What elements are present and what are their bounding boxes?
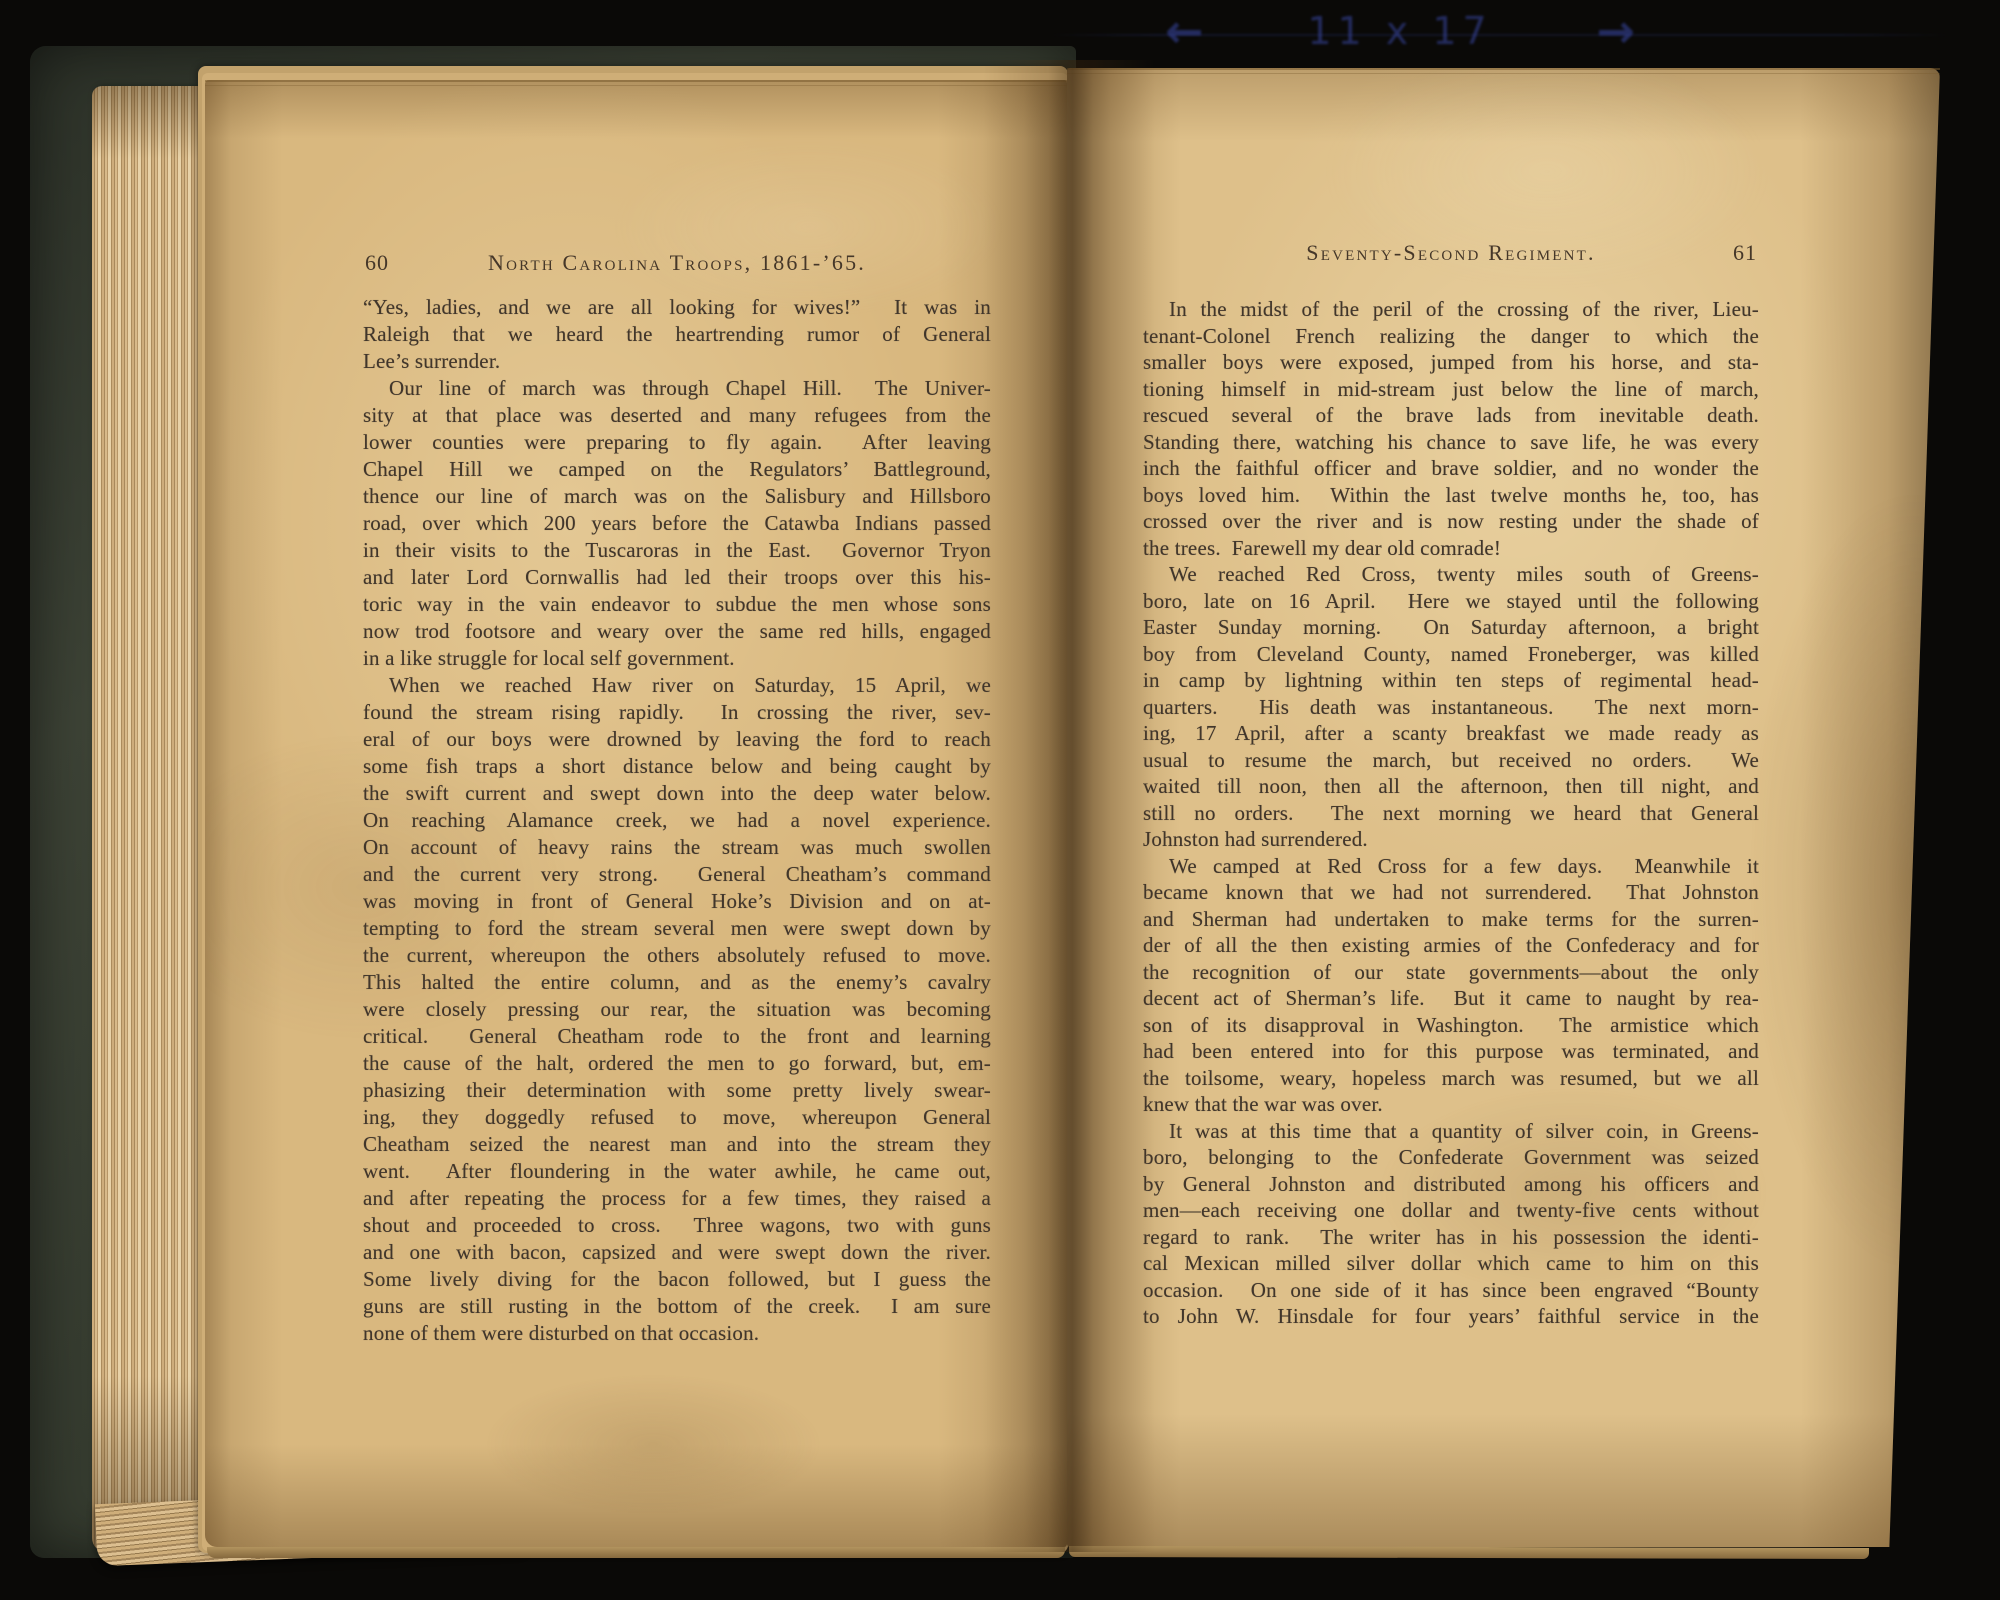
bed-size-label: 11 x 17 <box>1307 9 1492 53</box>
text-line: In the midst of the peril of the crossin… <box>1143 296 1759 323</box>
text-line: became known that we had not surrendered… <box>1143 879 1759 906</box>
text-line: When we reached Haw river on Saturday, 1… <box>363 672 991 699</box>
text-line: tempting to ford the stream several men … <box>363 915 991 942</box>
page-edges-left <box>92 86 208 1552</box>
page-bottom-edge-right <box>1069 1546 1869 1559</box>
text-line: was moving in front of General Hoke’s Di… <box>363 888 991 915</box>
text-line: the cause of the halt, ordered the men t… <box>363 1050 991 1077</box>
text-line: and after repeating the process for a fe… <box>363 1185 991 1212</box>
text-line: inch the faithful officer and brave sold… <box>1143 455 1759 482</box>
right-page-text: Seventy-Second Regiment. 61 In the midst… <box>1143 240 1759 1330</box>
text-line: still no orders. The next morning we hea… <box>1143 800 1759 827</box>
text-line: Johnston had surrendered. <box>1143 826 1759 853</box>
text-line: the recognition of our state governments… <box>1143 959 1759 986</box>
page-top-edge <box>205 80 1067 89</box>
text-line: and the current very strong. General Che… <box>363 861 991 888</box>
text-line: sity at that place was deserted and many… <box>363 402 991 429</box>
text-line: in their visits to the Tuscaroras in the… <box>363 537 991 564</box>
text-line: It was at this time that a quantity of s… <box>1143 1118 1759 1145</box>
text-line: now trod footsore and weary over the sam… <box>363 618 991 645</box>
text-line: eral of our boys were drowned by leaving… <box>363 726 991 753</box>
text-line: Chapel Hill we camped on the Regulators’… <box>363 456 991 483</box>
text-line: “Yes, ladies, and we are all looking for… <box>363 294 991 321</box>
text-line: had been entered into for this purpose w… <box>1143 1038 1759 1065</box>
text-line: and one with bacon, capsized and were sw… <box>363 1239 991 1266</box>
text-line: smaller boys were exposed, jumped from h… <box>1143 349 1759 376</box>
text-line: On reaching Alamance creek, we had a nov… <box>363 807 991 834</box>
text-line: ing, 17 April, after a scanty breakfast … <box>1143 720 1759 747</box>
right-arrow-icon: → <box>1596 4 1635 58</box>
text-line: boys loved him. Within the last twelve m… <box>1143 482 1759 509</box>
text-line: rescued several of the brave lads from i… <box>1143 402 1759 429</box>
text-line: ing, they doggedly refused to move, wher… <box>363 1104 991 1131</box>
scanner-bed-annotation: ← 11 x 17 → <box>1165 2 1635 60</box>
text-line: boro, belonging to the Confederate Gover… <box>1143 1144 1759 1171</box>
text-line: This halted the entire column, and as th… <box>363 969 991 996</box>
text-line: the current, whereupon the others absolu… <box>363 942 991 969</box>
text-line: We camped at Red Cross for a few days. M… <box>1143 853 1759 880</box>
left-page-text: 60 North Carolina Troops, 1861-’65. “Yes… <box>363 250 991 1347</box>
text-line: none of them were disturbed on that occa… <box>363 1320 991 1347</box>
text-line: decent act of Sherman’s life. But it cam… <box>1143 985 1759 1012</box>
text-line: the swift current and swept down into th… <box>363 780 991 807</box>
text-line: der of all the then existing armies of t… <box>1143 932 1759 959</box>
text-line: Lee’s surrender. <box>363 348 991 375</box>
page-body: “Yes, ladies, and we are all looking for… <box>363 294 991 1347</box>
page-number: 61 <box>1733 240 1757 266</box>
text-line: the toilsome, weary, hopeless march was … <box>1143 1065 1759 1092</box>
text-line: road, over which 200 years before the Ca… <box>363 510 991 537</box>
text-line: lower counties were preparing to fly aga… <box>363 429 991 456</box>
text-line: boy from Cleveland County, named Fronebe… <box>1143 641 1759 668</box>
text-line: We reached Red Cross, twenty miles south… <box>1143 561 1759 588</box>
text-line: by General Johnston and distributed amon… <box>1143 1171 1759 1198</box>
page-bottom-edge-left <box>207 1547 1065 1558</box>
text-line: tenant-Colonel French realizing the dang… <box>1143 323 1759 350</box>
page-top-edge <box>1067 68 1940 77</box>
text-line: in a like struggle for local self govern… <box>363 645 991 672</box>
text-line: some fish traps a short distance below a… <box>363 753 991 780</box>
left-arrow-icon: ← <box>1165 4 1204 58</box>
text-line: to John W. Hinsdale for four years’ fait… <box>1143 1303 1759 1330</box>
text-line: went. After floundering in the water awh… <box>363 1158 991 1185</box>
text-line: cal Mexican milled silver dollar which c… <box>1143 1250 1759 1277</box>
text-line: in camp by lightning within ten steps of… <box>1143 667 1759 694</box>
text-line: guns are still rusting in the bottom of … <box>363 1293 991 1320</box>
text-line: thence our line of march was on the Sali… <box>363 483 991 510</box>
text-line: the trees. Farewell my dear old comrade! <box>1143 535 1759 562</box>
text-line: critical. General Cheatham rode to the f… <box>363 1023 991 1050</box>
text-line: toric way in the vain endeavor to subdue… <box>363 591 991 618</box>
text-line: found the stream rising rapidly. In cros… <box>363 699 991 726</box>
text-line: quarters. His death was instantaneous. T… <box>1143 694 1759 721</box>
text-line: Cheatham seized the nearest man and into… <box>363 1131 991 1158</box>
text-line: Raleigh that we heard the heartrending r… <box>363 321 991 348</box>
text-line: phasizing their determination with some … <box>363 1077 991 1104</box>
text-line: regard to rank. The writer has in his po… <box>1143 1224 1759 1251</box>
text-line: Our line of march was through Chapel Hil… <box>363 375 991 402</box>
text-line: boro, late on 16 April. Here we stayed u… <box>1143 588 1759 615</box>
text-line: Easter Sunday morning. On Saturday after… <box>1143 614 1759 641</box>
text-line: and later Lord Cornwallis had led their … <box>363 564 991 591</box>
text-line: Standing there, watching his chance to s… <box>1143 429 1759 456</box>
text-line: were closely pressing our rear, the situ… <box>363 996 991 1023</box>
running-title: Seventy-Second Regiment. <box>1143 240 1759 266</box>
text-line: son of its disapproval in Washington. Th… <box>1143 1012 1759 1039</box>
text-line: On account of heavy rains the stream was… <box>363 834 991 861</box>
text-line: tioning himself in mid-stream just below… <box>1143 376 1759 403</box>
text-line: and Sherman had undertaken to make terms… <box>1143 906 1759 933</box>
left-page-header: 60 North Carolina Troops, 1861-’65. <box>363 250 991 280</box>
right-page-header: Seventy-Second Regiment. 61 <box>1143 240 1759 270</box>
text-line: men—each receiving one dollar and twenty… <box>1143 1197 1759 1224</box>
text-line: Some lively diving for the bacon followe… <box>363 1266 991 1293</box>
page-body: In the midst of the peril of the crossin… <box>1143 296 1759 1330</box>
text-line: shout and proceeded to cross. Three wago… <box>363 1212 991 1239</box>
text-line: knew that the war was over. <box>1143 1091 1759 1118</box>
text-line: waited till noon, then all the afternoon… <box>1143 773 1759 800</box>
scanner-bed-line <box>1050 34 1950 36</box>
running-title: North Carolina Troops, 1861-’65. <box>363 250 991 276</box>
text-line: usual to resume the march, but received … <box>1143 747 1759 774</box>
text-line: crossed over the river and is now restin… <box>1143 508 1759 535</box>
text-line: occasion. On one side of it has since be… <box>1143 1277 1759 1304</box>
